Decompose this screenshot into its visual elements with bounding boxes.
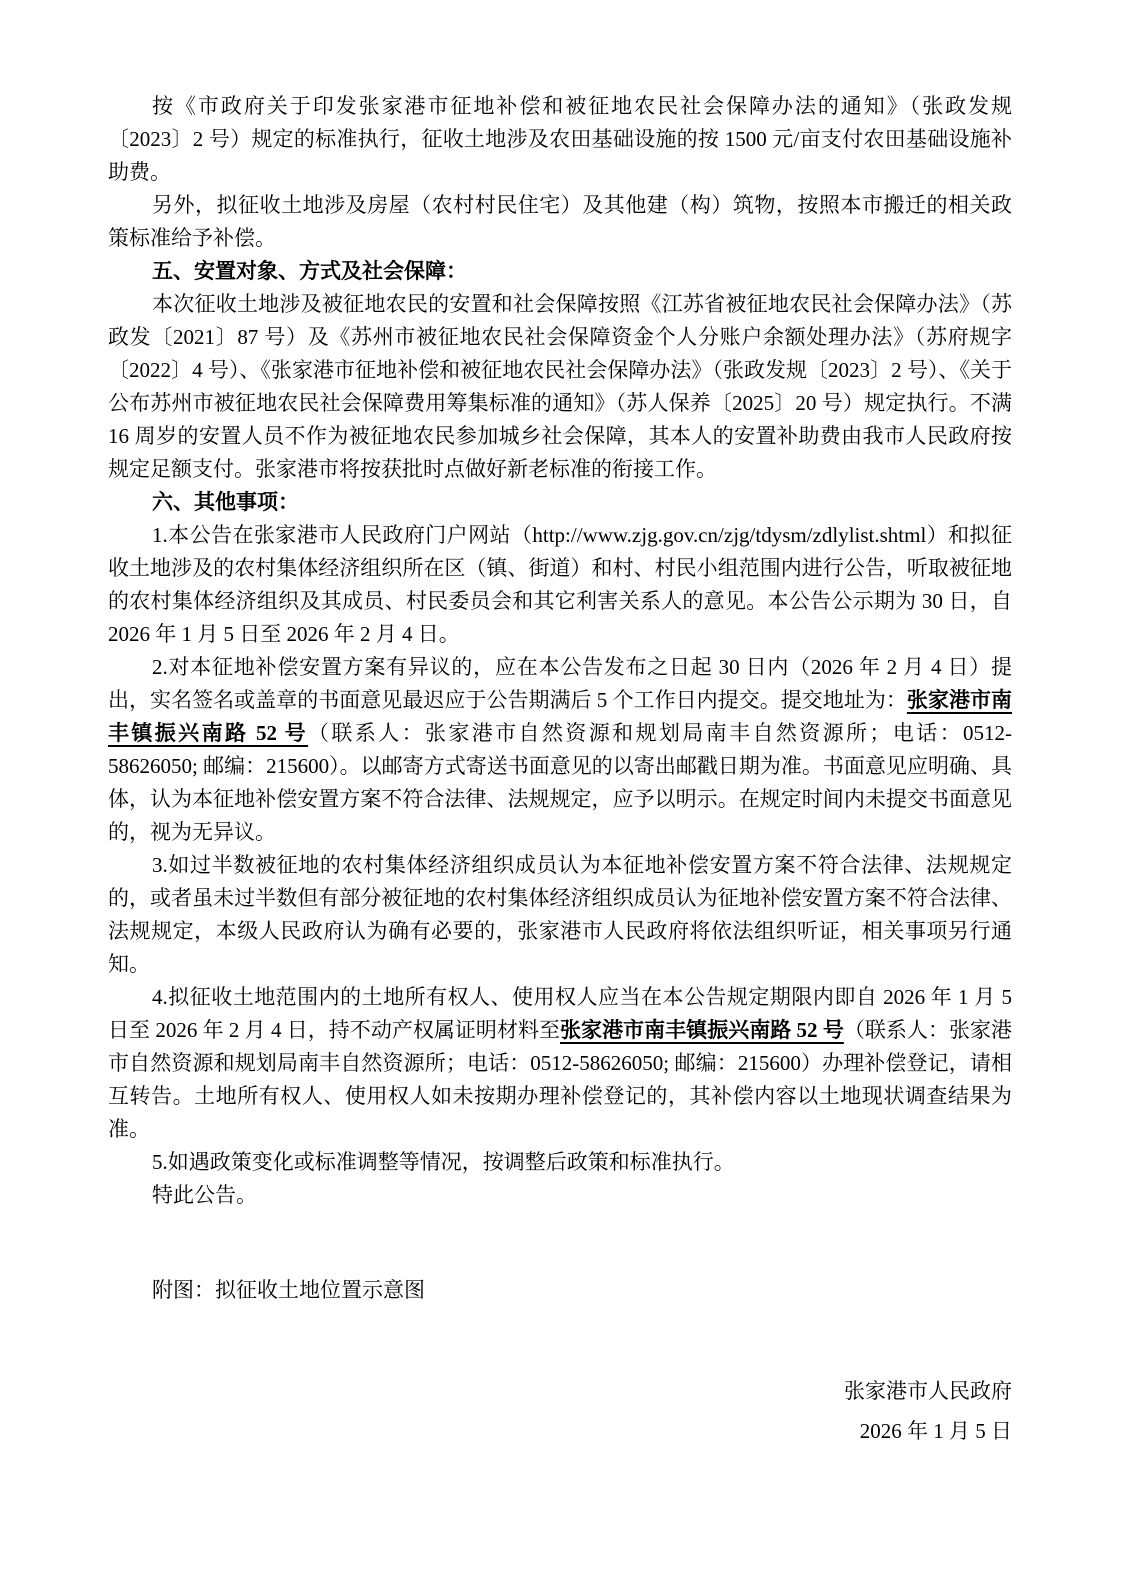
body-paragraph: 另外，拟征收土地涉及房屋（农村村民住宅）及其他建（构）筑物，按照本市搬迁的相关政… <box>108 189 1012 255</box>
section-heading: 六、其他事项： <box>108 486 1012 519</box>
body-paragraph: 1.本公告在张家港市人民政府门户网站（http://www.zjg.gov.cn… <box>108 519 1012 651</box>
signature-block: 张家港市人民政府 2026 年 1 月 5 日 <box>108 1371 1012 1451</box>
issue-date: 2026 年 1 月 5 日 <box>108 1411 1012 1451</box>
announcement-page: 按《市政府关于印发张家港市征地补偿和被征地农民社会保障办法的通知》（张政发规〔2… <box>0 0 1122 1587</box>
announcement-body: 按《市政府关于印发张家港市征地补偿和被征地农民社会保障办法的通知》（张政发规〔2… <box>108 90 1012 1212</box>
body-paragraph: 按《市政府关于印发张家港市征地补偿和被征地农民社会保障办法的通知》（张政发规〔2… <box>108 90 1012 189</box>
issuing-authority: 张家港市人民政府 <box>108 1371 1012 1411</box>
attachment-note: 附图：拟征收土地位置示意图 <box>108 1274 1012 1307</box>
text-run: 1.本公告在张家港市人民政府门户网站（http://www.zjg.gov.cn… <box>108 523 1012 646</box>
text-run: 3.如过半数被征地的农村集体经济组织成员认为本征地补偿安置方案不符合法律、法规规… <box>108 853 1012 976</box>
text-run: 特此公告。 <box>152 1183 257 1207</box>
body-paragraph: 特此公告。 <box>108 1179 1012 1212</box>
text-run: 按《市政府关于印发张家港市征地补偿和被征地农民社会保障办法的通知》（张政发规〔2… <box>108 94 1012 184</box>
body-paragraph: 3.如过半数被征地的农村集体经济组织成员认为本征地补偿安置方案不符合法律、法规规… <box>108 849 1012 981</box>
body-paragraph: 2.对本征地补偿安置方案有异议的，应在本公告发布之日起 30 日内（2026 年… <box>108 651 1012 849</box>
text-run: 本次征收土地涉及被征地农民的安置和社会保障按照《江苏省被征地农民社会保障办法》（… <box>108 292 1012 481</box>
body-paragraph: 5.如遇政策变化或标准调整等情况，按调整后政策和标准执行。 <box>108 1146 1012 1179</box>
text-run: 五、安置对象、方式及社会保障： <box>152 259 467 283</box>
underlined-address: 张家港市南丰镇振兴南路 52 号 <box>560 1018 844 1042</box>
text-run: 六、其他事项： <box>152 490 299 514</box>
body-paragraph: 4.拟征收土地范围内的土地所有权人、使用权人应当在本公告规定期限内即自 2026… <box>108 981 1012 1146</box>
text-run: 5.如遇政策变化或标准调整等情况，按调整后政策和标准执行。 <box>152 1150 735 1174</box>
text-run: 2.对本征地补偿安置方案有异议的，应在本公告发布之日起 30 日内（2026 年… <box>108 655 1012 712</box>
text-run: 另外，拟征收土地涉及房屋（农村村民住宅）及其他建（构）筑物，按照本市搬迁的相关政… <box>108 193 1012 250</box>
body-paragraph: 本次征收土地涉及被征地农民的安置和社会保障按照《江苏省被征地农民社会保障办法》（… <box>108 288 1012 486</box>
section-heading: 五、安置对象、方式及社会保障： <box>108 255 1012 288</box>
